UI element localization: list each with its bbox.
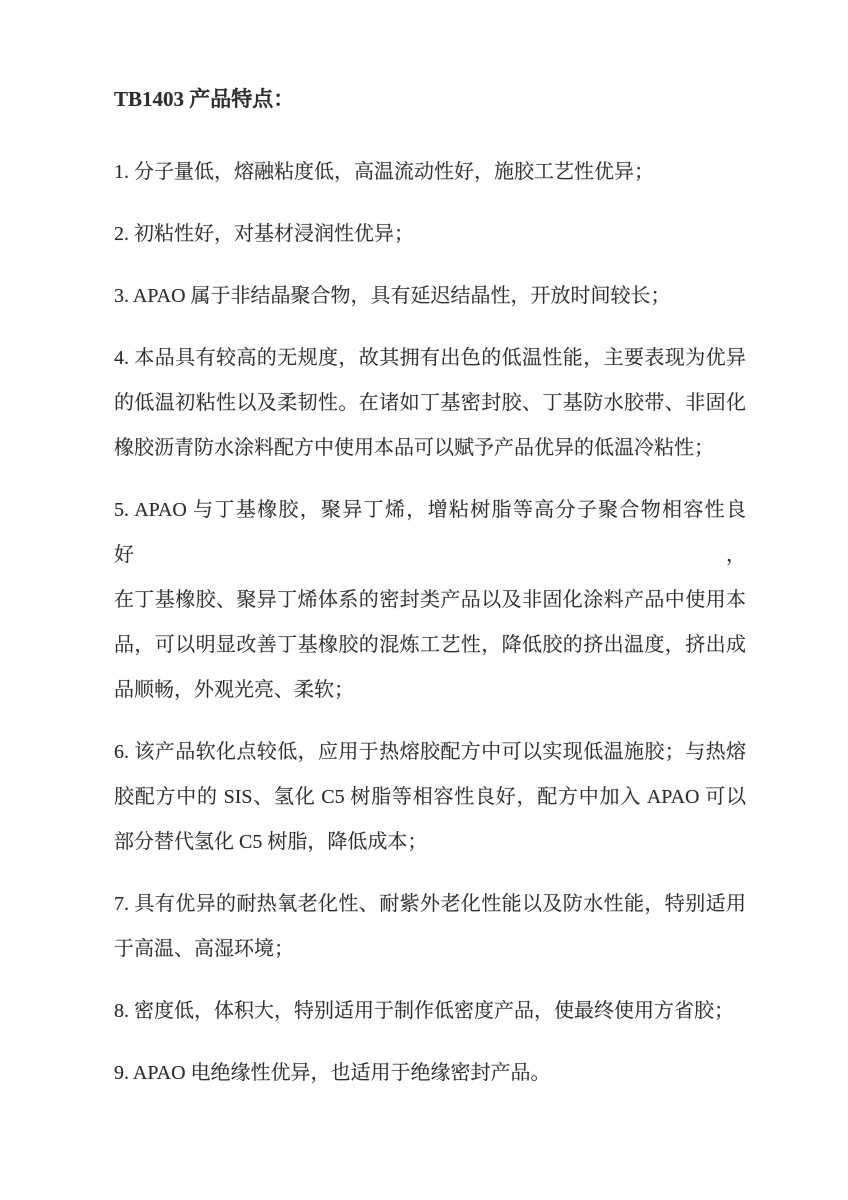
text-line: 7. 具有优异的耐热氧老化性、耐紫外老化性能以及防水性能，特别适用 [114, 882, 746, 927]
feature-item: 6. 该产品软化点较低，应用于热熔胶配方中可以实现低温施胶；与热熔胶配方中的 S… [114, 730, 746, 865]
text-line: 1. 分子量低，熔融粘度低，高温流动性好，施胶工艺性优异； [114, 150, 746, 195]
page-title: TB1403 产品特点： [114, 77, 746, 122]
feature-item: 7. 具有优异的耐热氧老化性、耐紫外老化性能以及防水性能，特别适用于高温、高湿环… [114, 882, 746, 972]
feature-item: 3. APAO 属于非结晶聚合物，具有延迟结晶性，开放时间较长； [114, 274, 746, 319]
text-line: 4. 本品具有较高的无规度，故其拥有出色的低温性能，主要表现为优异 [114, 336, 746, 381]
feature-item: 2. 初粘性好，对基材浸润性优异； [114, 212, 746, 257]
text-line: 橡胶沥青防水涂料配方中使用本品可以赋予产品优异的低温冷粘性； [114, 426, 746, 471]
text-line: 的低温初粘性以及柔韧性。在诸如丁基密封胶、丁基防水胶带、非固化 [114, 381, 746, 426]
feature-item: 9. APAO 电绝缘性优异，也适用于绝缘密封产品。 [114, 1051, 746, 1096]
feature-item: 5. APAO 与丁基橡胶，聚异丁烯，增粘树脂等高分子聚合物相容性良好，在丁基橡… [114, 488, 746, 713]
feature-item: 8. 密度低，体积大，特别适用于制作低密度产品，使最终使用方省胶； [114, 989, 746, 1034]
text-line: 5. APAO 与丁基橡胶，聚异丁烯，增粘树脂等高分子聚合物相容性良好， [114, 488, 746, 578]
text-line: 3. APAO 属于非结晶聚合物，具有延迟结晶性，开放时间较长； [114, 274, 746, 319]
text-line: 胶配方中的 SIS、氢化 C5 树脂等相容性良好，配方中加入 APAO 可以 [114, 775, 746, 820]
text-line: 8. 密度低，体积大，特别适用于制作低密度产品，使最终使用方省胶； [114, 989, 746, 1034]
document-page: TB1403 产品特点： 1. 分子量低，熔融粘度低，高温流动性好，施胶工艺性优… [0, 0, 848, 1200]
feature-item: 4. 本品具有较高的无规度，故其拥有出色的低温性能，主要表现为优异的低温初粘性以… [114, 336, 746, 471]
text-line: 部分替代氢化 C5 树脂，降低成本； [114, 820, 746, 865]
text-line: 6. 该产品软化点较低，应用于热熔胶配方中可以实现低温施胶；与热熔 [114, 730, 746, 775]
text-line: 品顺畅，外观光亮、柔软； [114, 668, 746, 713]
feature-list: 1. 分子量低，熔融粘度低，高温流动性好，施胶工艺性优异；2. 初粘性好，对基材… [114, 150, 746, 1096]
text-line: 9. APAO 电绝缘性优异，也适用于绝缘密封产品。 [114, 1051, 746, 1096]
text-line: 于高温、高湿环境； [114, 927, 746, 972]
text-line: 2. 初粘性好，对基材浸润性优异； [114, 212, 746, 257]
text-line: 在丁基橡胶、聚异丁烯体系的密封类产品以及非固化涂料产品中使用本 [114, 578, 746, 623]
feature-item: 1. 分子量低，熔融粘度低，高温流动性好，施胶工艺性优异； [114, 150, 746, 195]
text-line: 品，可以明显改善丁基橡胶的混炼工艺性，降低胶的挤出温度，挤出成 [114, 623, 746, 668]
